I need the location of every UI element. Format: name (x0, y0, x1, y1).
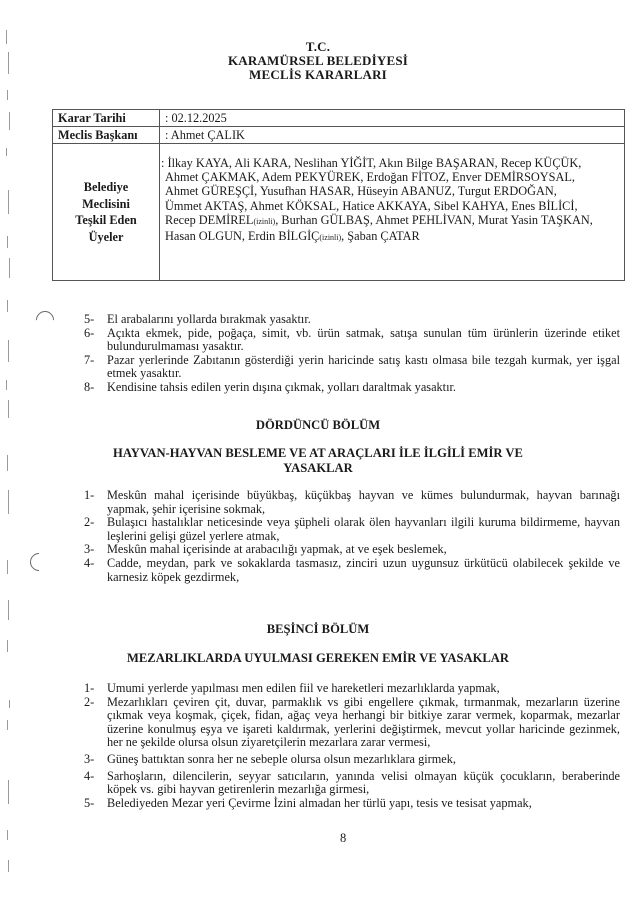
list-item: 6-Açıkta ekmek, pide, poğaça, simit, vb.… (84, 327, 620, 354)
decision-info-table: Karar Tarihi : 02.12.2025 Meclis Başkanı… (52, 109, 625, 281)
item-number: 4- (84, 557, 94, 571)
section5-list: 1-Umumi yerlerde yapılması men edilen fi… (84, 682, 620, 810)
members-line: Ahmet ÇAKMAK, Adem PEKYÜREK, Erdoğan FİT… (165, 170, 619, 184)
item-number: 3- (84, 753, 94, 767)
punch-hole-mark (32, 307, 57, 332)
item-text: Umumi yerlerde yapılması men edilen fiil… (107, 681, 500, 695)
section4-heading: DÖRDÜNCÜ BÖLÜM (0, 418, 636, 433)
item-text: Meskûn mahal içerisinde at arabacılığı y… (107, 542, 447, 556)
members-line: Ahmet GÜREŞÇİ, Yusufhan HASAR, Hüseyin A… (165, 184, 619, 198)
page-number: 8 (340, 832, 346, 846)
list-item: 7-Pazar yerlerinde Zabıtanın gösterdiği … (84, 354, 620, 381)
section4-title: HAYVAN-HAYVAN BESLEME VE AT ARAÇLARI İLE… (0, 446, 636, 476)
continued-prohibitions-list: 5-El arabalarını yollarda bırakmak yasak… (84, 313, 620, 395)
item-text: Açıkta ekmek, pide, poğaça, simit, vb. ü… (107, 326, 620, 354)
list-item: 3-Meskûn mahal içerisinde at arabacılığı… (84, 543, 620, 557)
on-leave-note: (izinli) (319, 233, 341, 242)
list-item: 1-Umumi yerlerde yapılması men edilen fi… (84, 682, 620, 696)
council-members-list: : İlkay KAYA, Ali KARA, Neslihan YİĞİT, … (160, 144, 625, 281)
members-line: : İlkay KAYA, Ali KARA, Neslihan YİĞİT, … (165, 156, 619, 170)
item-number: 8- (84, 381, 94, 395)
members-label-line: Üyeler (58, 229, 154, 246)
item-text: Mezarlıkları çeviren çit, duvar, parmakl… (107, 695, 620, 750)
section4-list: 1-Meskûn mahal içerisinde büyükbaş, küçü… (84, 489, 620, 584)
item-text: El arabalarını yollarda bırakmak yasaktı… (107, 312, 311, 326)
list-item: 5-El arabalarını yollarda bırakmak yasak… (84, 313, 620, 327)
punch-hole-mark (26, 549, 51, 574)
item-text: Cadde, meydan, park ve sokaklarda tasmas… (107, 556, 620, 584)
list-item: 5-Belediyeden Mezar yeri Çevirme İzini a… (84, 797, 620, 811)
item-number: 2- (84, 696, 94, 710)
item-number: 4- (84, 770, 94, 784)
section5-heading: BEŞİNCİ BÖLÜM (0, 622, 636, 637)
member-names: Hasan OLGUN, Erdin BİLGİÇ (165, 229, 319, 243)
header-municipality: KARAMÜRSEL BELEDİYESİ (0, 54, 636, 68)
list-item: 4-Cadde, meydan, park ve sokaklarda tasm… (84, 557, 620, 584)
members-line: Recep DEMİREL(izinli), Burhan GÜLBAŞ, Ah… (165, 213, 619, 229)
council-president-label: Meclis Başkanı (53, 127, 160, 144)
members-line: Ümmet AKTAŞ, Ahmet KÖKSAL, Hatice AKKAYA… (165, 199, 619, 213)
item-number: 6- (84, 327, 94, 341)
list-item: 2-Bulaşıcı hastalıklar neticesinde veya … (84, 516, 620, 543)
document-header: T.C. KARAMÜRSEL BELEDİYESİ MECLİS KARARL… (0, 40, 636, 82)
table-row-decision-date: Karar Tarihi : 02.12.2025 (53, 110, 625, 127)
decision-date-value: : 02.12.2025 (160, 110, 625, 127)
item-text: Güneş battıktan sonra her ne sebeple olu… (107, 752, 456, 766)
item-text: Sarhoşların, dilencilerin, seyyar satıcı… (107, 769, 620, 797)
document-page: T.C. KARAMÜRSEL BELEDİYESİ MECLİS KARARL… (0, 0, 636, 900)
item-number: 3- (84, 543, 94, 557)
item-text: Bulaşıcı hastalıklar neticesinde veya şü… (107, 515, 620, 543)
council-president-value: : Ahmet ÇALIK (160, 127, 625, 144)
section5-title: MEZARLIKLARDA UYULMASI GEREKEN EMİR VE Y… (0, 651, 636, 666)
list-item: 1-Meskûn mahal içerisinde büyükbaş, küçü… (84, 489, 620, 516)
list-item: 2-Mezarlıkları çeviren çit, duvar, parma… (84, 696, 620, 750)
item-text: Meskûn mahal içerisinde büyükbaş, küçükb… (107, 488, 620, 516)
member-name: Recep DEMİREL (165, 213, 253, 227)
table-row-council-members: Belediye Meclisini Teşkil Eden Üyeler : … (53, 144, 625, 281)
header-council-decisions: MECLİS KARARLARI (0, 68, 636, 82)
item-number: 1- (84, 682, 94, 696)
members-label-line: Meclisini (58, 196, 154, 213)
on-leave-note: (izinli) (253, 217, 275, 226)
item-text: Belediyeden Mezar yeri Çevirme İzini alm… (107, 796, 532, 810)
list-item: 4-Sarhoşların, dilencilerin, seyyar satı… (84, 770, 620, 797)
item-text: Kendisine tahsis edilen yerin dışına çık… (107, 380, 456, 394)
item-number: 1- (84, 489, 94, 503)
members-line: Hasan OLGUN, Erdin BİLGİÇ(izinli), Şaban… (165, 229, 619, 245)
item-number: 5- (84, 313, 94, 327)
table-row-council-president: Meclis Başkanı : Ahmet ÇALIK (53, 127, 625, 144)
header-tc: T.C. (0, 40, 636, 54)
item-text: Pazar yerlerinde Zabıtanın gösterdiği ye… (107, 353, 620, 381)
member-names: , Burhan GÜLBAŞ, Ahmet PEHLİVAN, Murat Y… (275, 213, 593, 227)
council-members-label: Belediye Meclisini Teşkil Eden Üyeler (53, 144, 160, 281)
decision-date-label: Karar Tarihi (53, 110, 160, 127)
member-name: , Şaban ÇATAR (341, 229, 420, 243)
list-item: 3-Güneş battıktan sonra her ne sebeple o… (84, 753, 620, 767)
item-number: 5- (84, 797, 94, 811)
members-label-line: Belediye (58, 179, 154, 196)
members-label-line: Teşkil Eden (58, 212, 154, 229)
section4-title-line: YASAKLAR (0, 461, 636, 476)
item-number: 7- (84, 354, 94, 368)
section4-title-line: HAYVAN-HAYVAN BESLEME VE AT ARAÇLARI İLE… (0, 446, 636, 461)
list-item: 8-Kendisine tahsis edilen yerin dışına ç… (84, 381, 620, 395)
item-number: 2- (84, 516, 94, 530)
